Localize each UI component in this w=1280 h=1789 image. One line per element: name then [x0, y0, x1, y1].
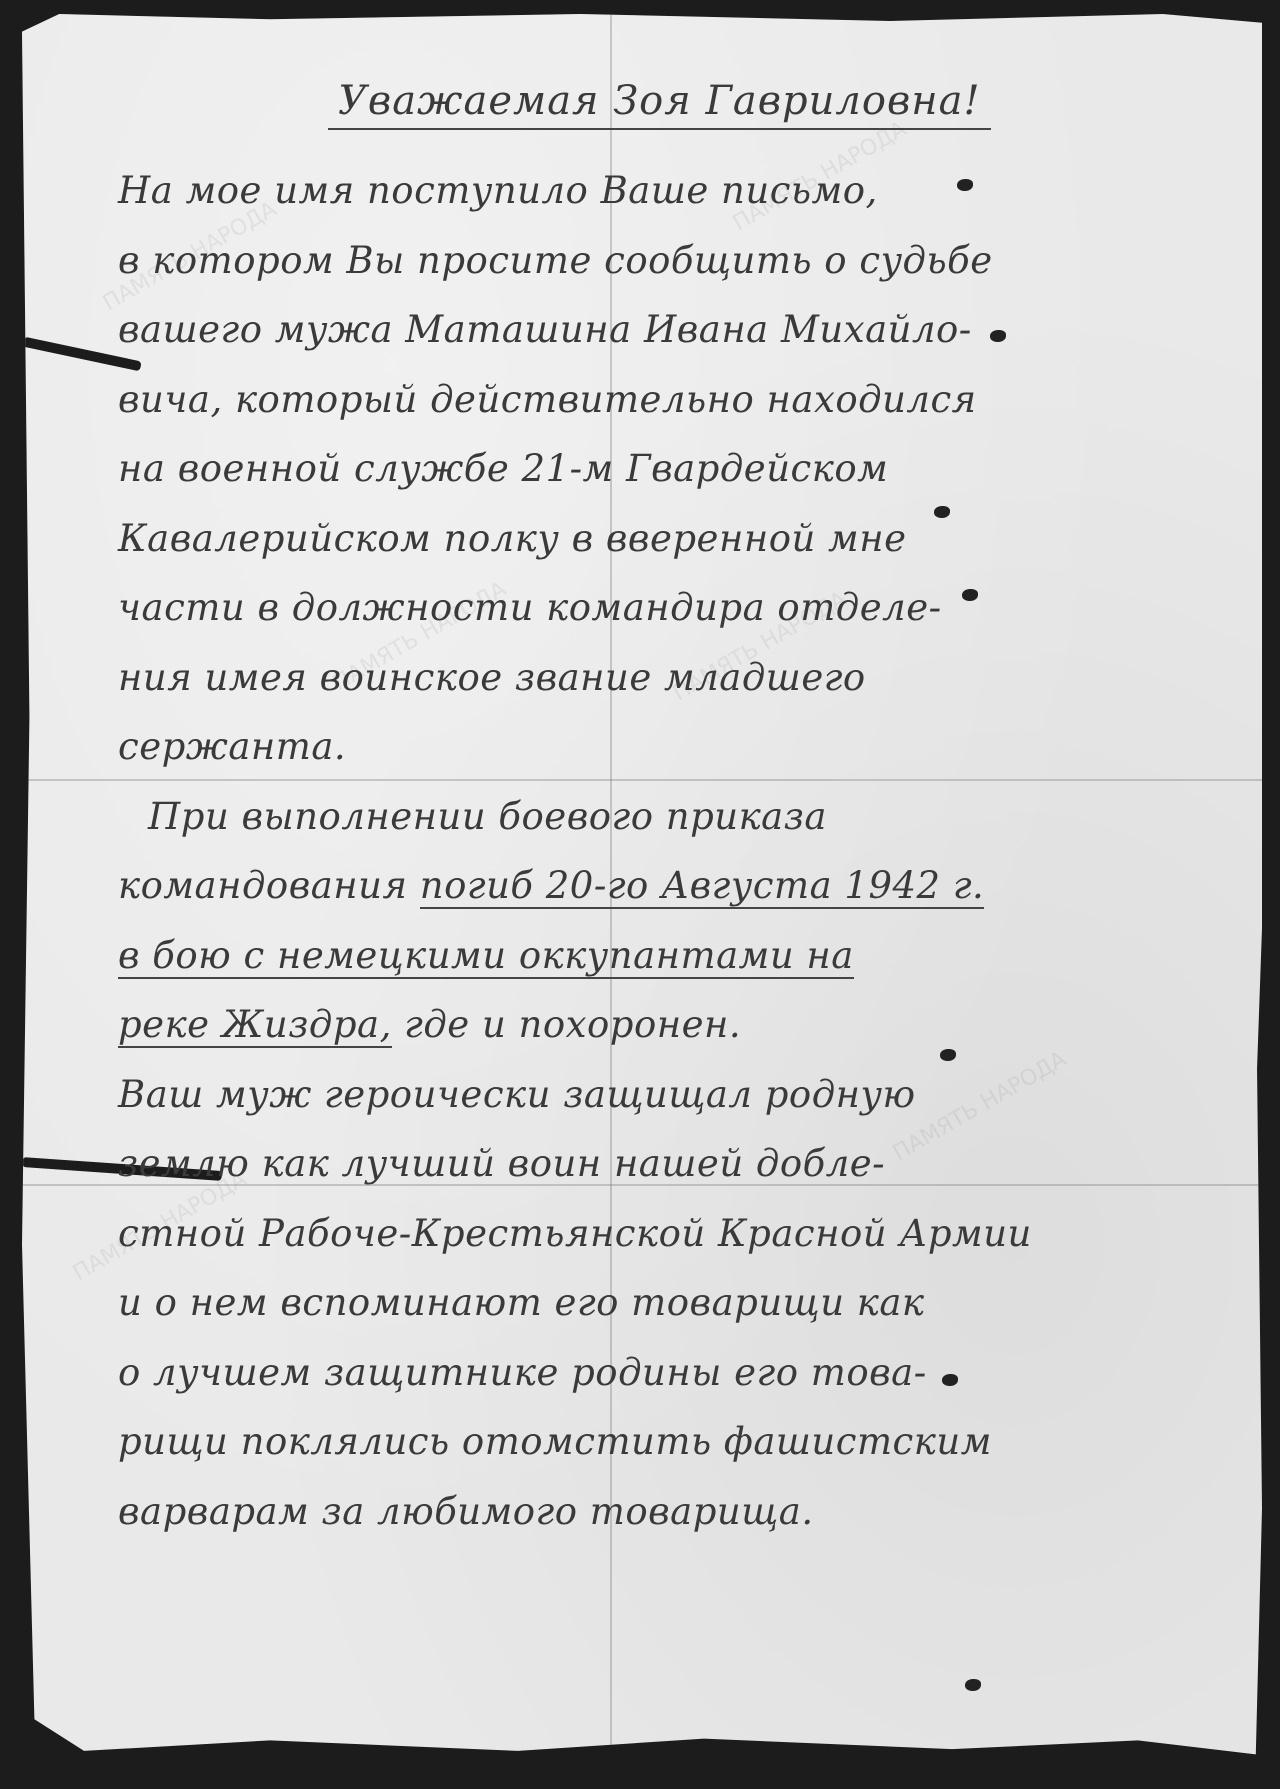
- letter-line: Кавалерийском полку в вверенной мне: [118, 504, 1158, 574]
- letter-line: стной Рабоче-Крестьянской Красной Армии: [118, 1199, 1158, 1269]
- letter-line: в бою с немецкими оккупантами на: [118, 921, 1158, 991]
- letter-line: рищи поклялись отомстить фашистским: [118, 1407, 1158, 1477]
- letter-line: сержанта.: [118, 712, 1158, 782]
- letter-line: При выполнении боевого приказа: [118, 782, 1158, 852]
- letter-line: и о нем вспоминают его товарищи как: [118, 1268, 1158, 1338]
- letter-line: вича, который действительно находился: [118, 365, 1158, 435]
- letter-line: ния имея воинское звание младшего: [118, 643, 1158, 713]
- letter-line: о лучшем защитнике родины его това-: [118, 1338, 1158, 1408]
- hole-mark: [965, 1679, 981, 1691]
- letter-line: землю как лучший воин нашей добле-: [118, 1129, 1158, 1199]
- letter-line: На мое имя поступило Ваше письмо,: [118, 156, 1158, 226]
- underlined-phrase: реке Жиздра,: [118, 1003, 392, 1048]
- underlined-phrase: погиб 20-го Августа 1942 г.: [420, 864, 985, 909]
- letter-line: командования погиб 20-го Августа 1942 г.: [118, 851, 1158, 921]
- letter-line: части в должности командира отделе-: [118, 573, 1158, 643]
- letter-line: реке Жиздра, где и похоронен.: [118, 990, 1158, 1060]
- letter-line: Ваш муж героически защищал родную: [118, 1060, 1158, 1130]
- letter-line: на военной службе 21-м Гвардейском: [118, 434, 1158, 504]
- letter-line: в котором Вы просите сообщить о судьбе: [118, 226, 1158, 296]
- letter-body: Уважаемая Зоя Гавриловна! На мое имя пос…: [118, 78, 1158, 1546]
- letter-line: варварам за любимого товарища.: [118, 1477, 1158, 1547]
- letter-line: вашего мужа Маташина Ивана Михайло-: [118, 295, 1158, 365]
- underlined-phrase: в бою с немецкими оккупантами на: [118, 934, 854, 979]
- salutation: Уважаемая Зоя Гавриловна!: [328, 78, 991, 130]
